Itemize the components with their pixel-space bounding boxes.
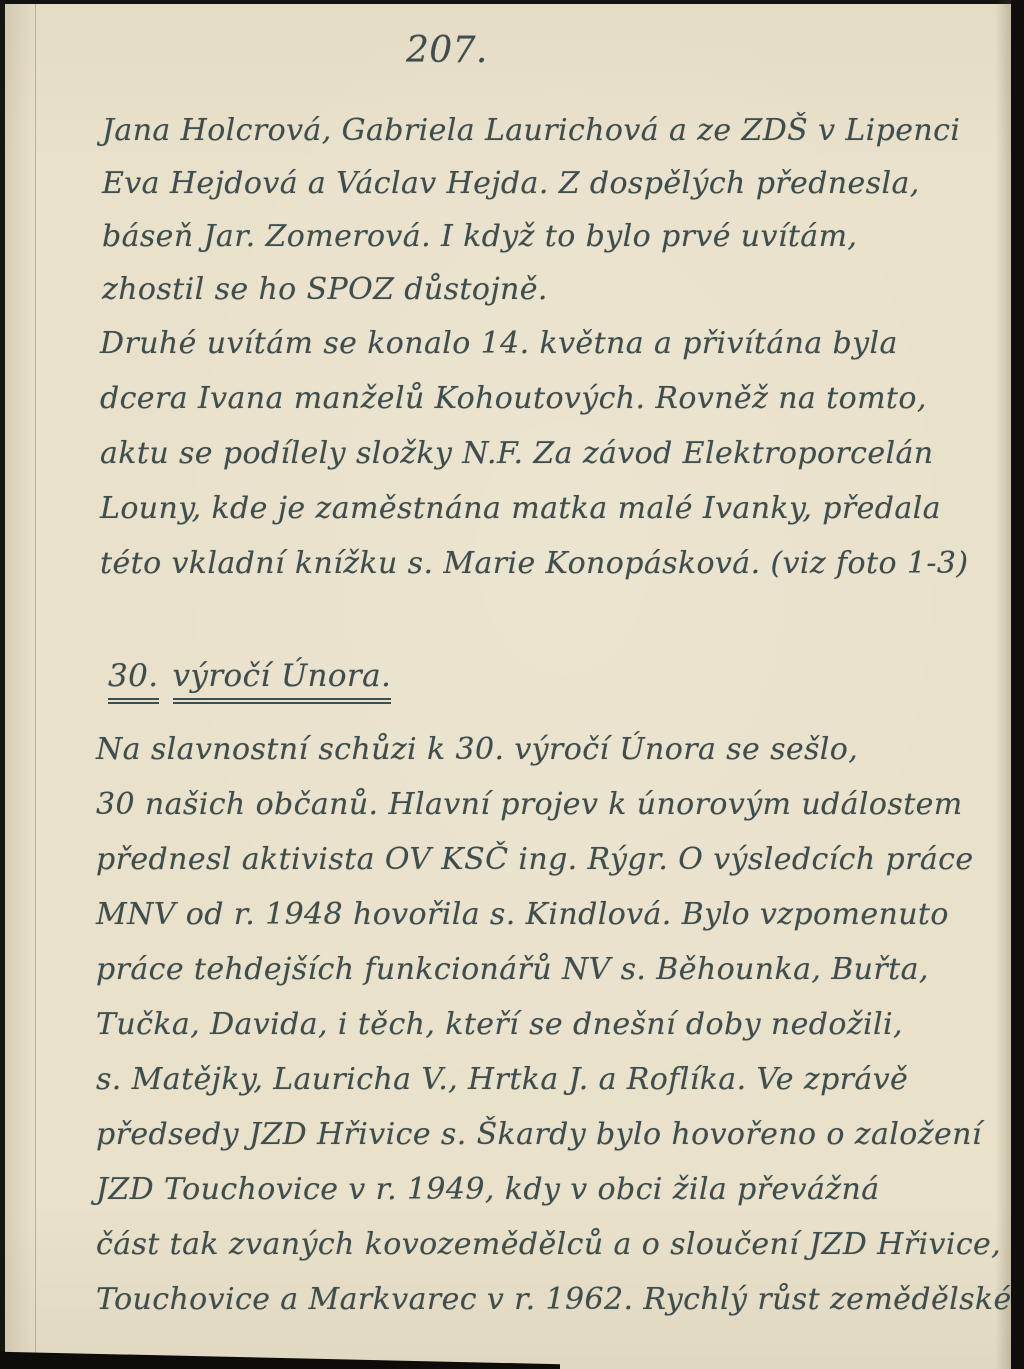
text-line: práce tehdejších funkcionářů NV s. Běhou… xyxy=(96,942,1012,997)
text-line: aktu se podílely složky N.F. Za závod El… xyxy=(100,426,968,481)
text-line: Touchovice a Markvarec v r. 1962. Rychlý… xyxy=(96,1272,1012,1327)
text-line: JZD Touchovice v r. 1949, kdy v obci žil… xyxy=(96,1162,1012,1217)
page-number: 207. xyxy=(406,30,488,71)
text-line: předsedy JZD Hřivice s. Škardy bylo hovo… xyxy=(96,1107,1012,1162)
text-line: Jana Holcrová, Gabriela Laurichová a ze … xyxy=(102,104,960,157)
text-line: báseň Jar. Zomerová. I když to bylo prvé… xyxy=(102,210,960,263)
text-line: dcera Ivana manželů Kohoutových. Rovněž … xyxy=(100,371,968,426)
text-line: této vkladní knížku s. Marie Konopásková… xyxy=(100,536,968,591)
scan-edge-left xyxy=(0,0,5,1369)
text-line: přednesl aktivista OV KSČ ing. Rýgr. O v… xyxy=(96,832,1012,887)
page-binding-crease xyxy=(5,0,36,1369)
text-line: 30 našich občanů. Hlavní projev k únorov… xyxy=(96,777,1012,832)
scan-edge-right xyxy=(1011,0,1024,1369)
scan-edge-top xyxy=(0,0,1024,4)
paragraph-february-anniversary: Na slavnostní schůzi k 30. výročí Února … xyxy=(96,722,1012,1327)
heading-number: 30. xyxy=(108,658,159,704)
text-line: Tučka, Davida, i těch, kteří se dnešní d… xyxy=(96,997,1012,1052)
heading-text: výročí Února. xyxy=(173,658,392,704)
text-line: Louny, kde je zaměstnána matka malé Ivan… xyxy=(100,481,968,536)
scan-edge-bottom xyxy=(0,1345,560,1369)
text-line: Na slavnostní schůzi k 30. výročí Února … xyxy=(96,722,1012,777)
paragraph-spoz-welcoming: Jana Holcrová, Gabriela Laurichová a ze … xyxy=(102,104,960,316)
section-heading-30th-anniversary: 30.výročí Února. xyxy=(108,658,391,704)
text-line: část tak zvaných kovozemědělců a o slouč… xyxy=(96,1217,1012,1272)
paragraph-second-welcoming: Druhé uvítám se konalo 14. května a přiv… xyxy=(100,316,968,591)
text-line: s. Matějky, Lauricha V., Hrtka J. a Rofl… xyxy=(96,1052,1012,1107)
text-line: Druhé uvítám se konalo 14. května a přiv… xyxy=(100,316,968,371)
text-line: zhostil se ho SPOZ důstojně. xyxy=(102,263,960,316)
chronicle-page-scan: 207. Jana Holcrová, Gabriela Laurichová … xyxy=(0,0,1024,1369)
text-line: Eva Hejdová a Václav Hejda. Z dospělých … xyxy=(102,157,960,210)
text-line: MNV od r. 1948 hovořila s. Kindlová. Byl… xyxy=(96,887,1012,942)
